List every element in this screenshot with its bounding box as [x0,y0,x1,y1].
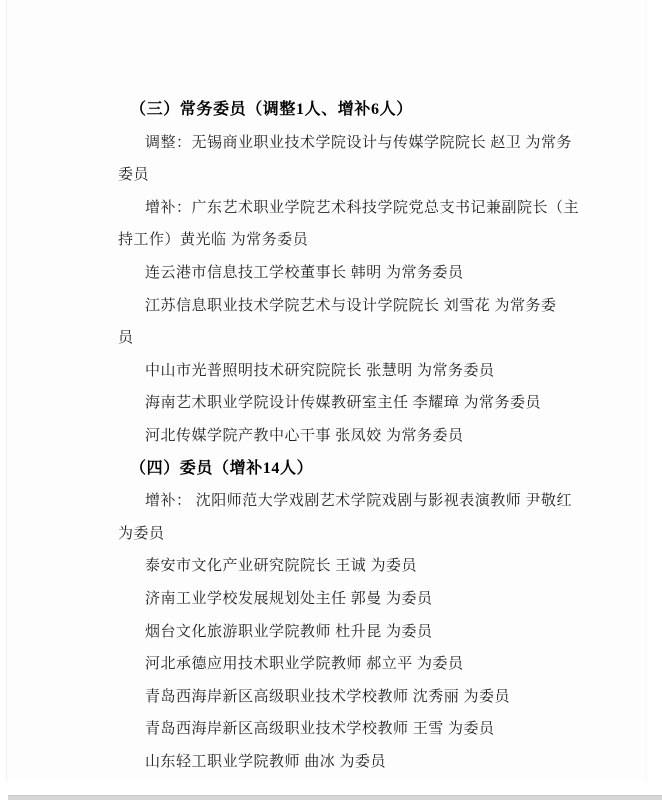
doc-line: 济南工业学校发展规划处主任 郭曼 为委员 [118,583,578,616]
doc-line: 烟台文化旅游职业学院教师 杜升昆 为委员 [118,616,578,649]
doc-line: 青岛西海岸新区高级职业技术学校教师 沈秀丽 为委员 [118,681,578,714]
doc-line: 调整：无锡商业职业技术学院设计与传媒学院院长 赵卫 为常务 [118,127,578,160]
page-separator [8,795,662,800]
page-content: （三）常务委员（调整1人、增补6人） 调整：无锡商业职业技术学院设计与传媒学院院… [118,94,578,778]
section-heading: （三）常务委员（调整1人、增补6人） [118,94,578,127]
doc-line: 为委员 [118,518,578,551]
doc-line: 中山市光普照明技术研究院院长 张慧明 为常务委员 [118,355,578,388]
doc-line: 河北传媒学院产教中心干事 张凤姣 为常务委员 [118,420,578,453]
doc-line: 员 [118,322,578,355]
doc-line: 增补：广东艺术职业学院艺术科技学院党总支书记兼副院长（主 [118,192,578,225]
doc-line: 连云港市信息技工学校董事长 韩明 为常务委员 [118,257,578,290]
doc-line: 委员 [118,159,578,192]
doc-line: 青岛西海岸新区高级职业技术学校教师 王雪 为委员 [118,713,578,746]
doc-line: 海南艺术职业学院设计传媒教研室主任 李耀璋 为常务委员 [118,387,578,420]
doc-line: 泰安市文化产业研究院院长 王诚 为委员 [118,550,578,583]
doc-line: 山东轻工职业学院教师 曲冰 为委员 [118,746,578,779]
doc-line: 河北承德应用技术职业学院教师 郝立平 为委员 [118,648,578,681]
document-viewport: （三）常务委员（调整1人、增补6人） 调整：无锡商业职业技术学院设计与传媒学院院… [0,0,662,802]
doc-line: 增补： 沈阳师范大学戏剧艺术学院戏剧与影视表演教师 尹敬红 [118,485,578,518]
doc-line: 持工作）黄光临 为常务委员 [118,224,578,257]
doc-line: 江苏信息职业技术学院艺术与设计学院院长 刘雪花 为常务委 [118,290,578,323]
document-page: （三）常务委员（调整1人、增补6人） 调整：无锡商业职业技术学院设计与传媒学院院… [6,0,647,782]
section-heading: （四）委员（增补14人） [118,453,578,486]
